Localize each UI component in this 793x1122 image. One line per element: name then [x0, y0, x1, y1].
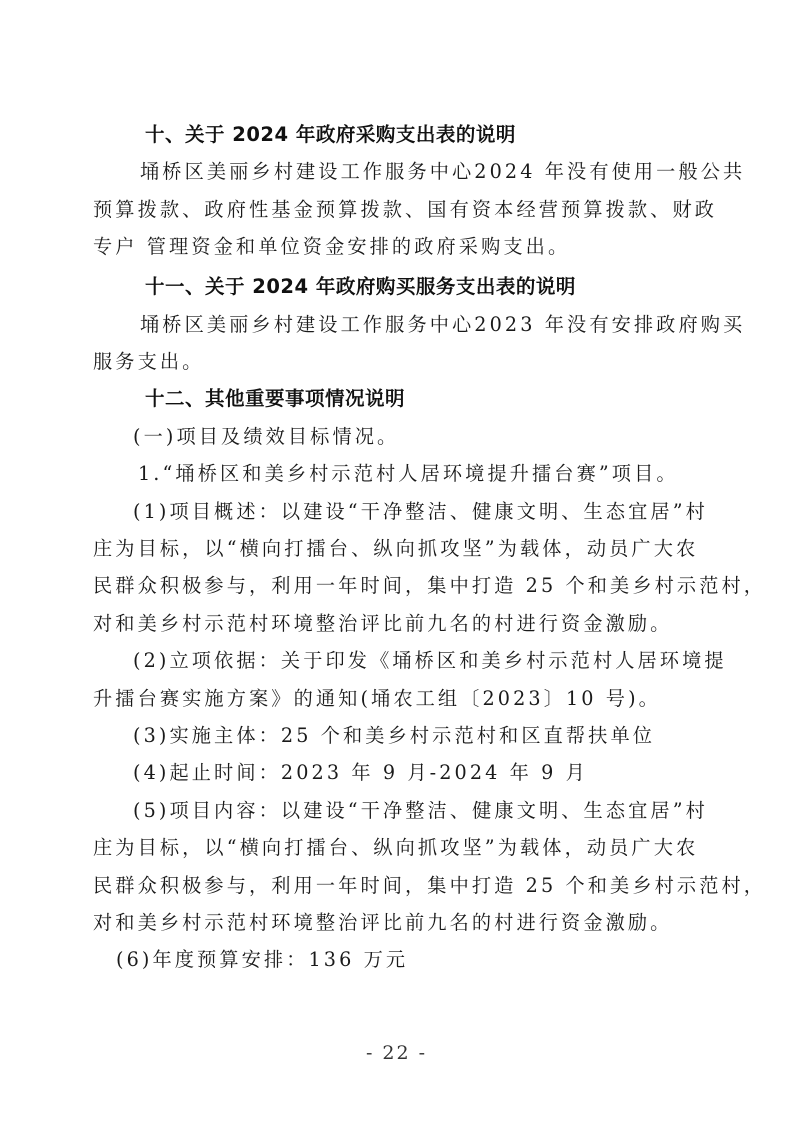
project-implementer: (3)实施主体：25 个和美乡村示范村和区直帮扶单位 — [133, 722, 655, 750]
project-basis-line: 升擂台赛实施方案》的通知(埇农工组〔2023〕10 号)。 — [93, 685, 661, 713]
project-content-line: 庄为目标，以“横向打擂台、纵向抓攻坚”为载体，动员广大农 — [93, 834, 698, 862]
project-overview-line: 民群众积极参与，利用一年时间，集中打造 25 个和美乡村示范村， — [93, 572, 766, 600]
project-title: 1.“埇桥区和美乡村示范村人居环境提升擂台赛”项目。 — [138, 460, 679, 488]
document-page: 十、关于 2024 年政府采购支出表的说明 埇桥区美丽乡村建设工作服务中心202… — [0, 0, 793, 1122]
project-basis-line: (2)立项依据：关于印发《埇桥区和美乡村示范村人居环境提 — [133, 647, 727, 675]
subsection-heading: (一)项目及绩效目标情况。 — [133, 423, 399, 451]
section-10-heading: 十、关于 2024 年政府采购支出表的说明 — [145, 121, 516, 149]
section-10-paragraph-line: 埇桥区美丽乡村建设工作服务中心2024 年没有使用一般公共 — [140, 158, 745, 186]
section-10-paragraph-line: 预算拨款、政府性基金预算拨款、国有资本经营预算拨款、财政 — [93, 196, 717, 224]
project-content-line: 对和美乡村示范村环境整治评比前九名的村进行资金激励。 — [93, 909, 672, 937]
project-content-line: (5)项目内容：以建设“干净整洁、健康文明、生态宜居”村 — [133, 797, 708, 825]
section-10-paragraph-line: 专户 管理资金和单位资金安排的政府采购支出。 — [93, 233, 570, 261]
project-period: (4)起止时间：2023 年 9 月-2024 年 9 月 — [133, 759, 588, 787]
section-12-heading: 十二、其他重要事项情况说明 — [145, 385, 405, 413]
project-budget: (6)年度预算安排：136 万元 — [116, 946, 408, 974]
project-content-line: 民群众积极参与，利用一年时间，集中打造 25 个和美乡村示范村， — [93, 872, 766, 900]
project-overview-line: 庄为目标，以“横向打擂台、纵向抓攻坚”为载体，动员广大农 — [93, 535, 698, 563]
section-11-paragraph-line: 服务支出。 — [93, 348, 204, 376]
project-overview-line: 对和美乡村示范村环境整治评比前九名的村进行资金激励。 — [93, 610, 672, 638]
page-number: - 22 - — [0, 1042, 793, 1064]
project-overview-line: (1)项目概述：以建设“干净整洁、健康文明、生态宜居”村 — [133, 498, 708, 526]
section-11-heading: 十一、关于 2024 年政府购买服务支出表的说明 — [145, 273, 576, 301]
section-11-paragraph-line: 埇桥区美丽乡村建设工作服务中心2023 年没有安排政府购买 — [140, 311, 745, 339]
